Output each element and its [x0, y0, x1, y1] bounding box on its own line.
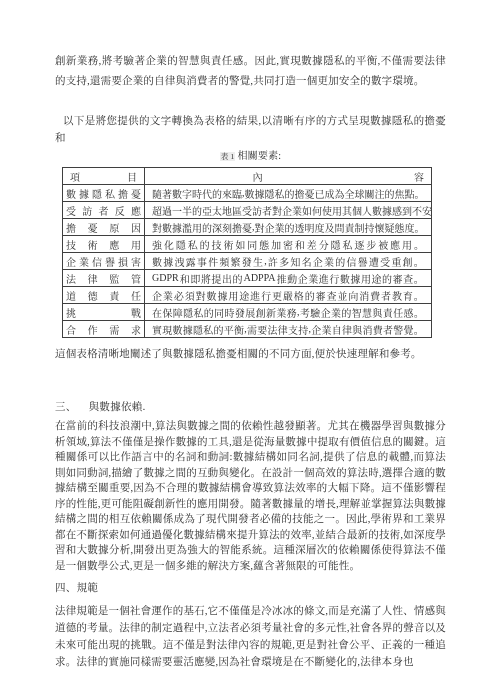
row-content-text: 隨著數字時代的來臨,數據隱私的擔憂已成為全球關注的焦點。: [152, 186, 424, 201]
row-content-text: 強化隱私的技術如同態加密和差分隱私逐步被應用。: [152, 237, 424, 252]
row-content-cell: 隨著數字時代的來臨,數據隱私的擔憂已成為全球關注的焦點。: [145, 185, 432, 202]
section3-number: 三、: [55, 399, 77, 416]
table-row: 企業信譽損害 數據洩露事件頻繁發生,許多知名企業的信譽遭受重創。: [63, 253, 432, 270]
row-item-cell: 道德責任: [63, 287, 145, 304]
row-item-cell: 技術應用: [63, 236, 145, 253]
row-content-text: 對數據濫用的深刻擔憂,對企業的透明度及問責制持懷疑態度。: [152, 220, 424, 235]
row-item-label: 道德責任: [66, 288, 141, 303]
row-item-cell: 法律監管: [63, 270, 145, 287]
table-row: 受訪者反應 超過一半的亞太地區受訪者對企業如何使用其個人數據感到不安。: [63, 202, 432, 219]
row-content-cell: 強化隱私的技術如同態加密和差分隱私逐步被應用。: [145, 236, 432, 253]
row-content-text: 超過一半的亞太地區受訪者對企業如何使用其個人數據感到不安。: [152, 203, 424, 218]
table-caption-text: 相關要素:: [237, 151, 281, 162]
row-content-cell: 超過一半的亞太地區受訪者對企業如何使用其個人數據感到不安。: [145, 202, 432, 219]
row-item-cell: 擔憂原因: [63, 219, 145, 236]
row-content-cell: 數據洩露事件頻繁發生,許多知名企業的信譽遭受重創。: [145, 253, 432, 270]
table-row: 數據隱私擔憂 隨著數字時代的來臨,數據隱私的擔憂已成為全球關注的焦點。: [63, 185, 432, 202]
table-ref-field: 表 1: [220, 152, 236, 161]
section4-number: 四、: [55, 583, 77, 594]
row-content-text: GDPR 和即將提出的 ADPPA 推動企業進行數據用途的審查。: [152, 271, 424, 286]
row-content-cell: GDPR 和即將提出的 ADPPA 推動企業進行數據用途的審查。: [145, 270, 432, 287]
header-cell-item: 項目: [63, 168, 145, 185]
row-item-cell: 受訪者反應: [63, 202, 145, 219]
header-cell-content: 內容: [145, 168, 432, 185]
table-body: 數據隱私擔憂 隨著數字時代的來臨,數據隱私的擔憂已成為全球關注的焦點。 受訪者反…: [63, 185, 432, 338]
paragraph-data-dependency: 在當前的科技浪潮中,算法與數據之間的依賴性越發顯著。尤其在機器學習與數據分析領域…: [55, 419, 446, 574]
header-content-label: 內容: [152, 169, 424, 184]
header-item-label: 項目: [70, 169, 137, 184]
row-content-text: 在保障隱私的同時發展創新業務,考驗企業的智慧與責任感。: [152, 305, 424, 320]
table-note: 這個表格清晰地闡述了與數據隱私擔憂相關的不同方面,便於快速理解和參考。: [55, 346, 446, 363]
row-content-cell: 實現數據隱私的平衡,需要法律支持,企業自律與消費者警覺。: [145, 321, 432, 338]
table-row: 道德責任 企業必須對數據用途進行更嚴格的審查並向消費者教育。: [63, 287, 432, 304]
row-content-cell: 在保障隱私的同時發展創新業務,考驗企業的智慧與責任感。: [145, 304, 432, 321]
paragraph-legal-norms: 法律規範是一個社會運作的基石,它不僅僅是冷冰冰的條文,而是充滿了人性、情感與道德…: [55, 603, 446, 671]
row-item-label: 法律監管: [66, 271, 141, 286]
section-heading-norms: 四、規範: [55, 580, 446, 597]
table-row: 法律監管 GDPR 和即將提出的 ADPPA 推動企業進行數據用途的審查。: [63, 270, 432, 287]
table-row: 挑戰 在保障隱私的同時發展創新業務,考驗企業的智慧與責任感。: [63, 304, 432, 321]
section4-title: 規範: [77, 583, 99, 594]
row-item-label: 合作需求: [66, 322, 141, 337]
paragraph-privacy-balance: 創新業務,將考驗著企業的智慧與責任感。因此,實現數據隱私的平衡,不僅需要法律的支…: [55, 52, 446, 92]
row-item-label: 挑戰: [66, 305, 141, 320]
row-content-text: 實現數據隱私的平衡,需要法律支持,企業自律與消費者警覺。: [152, 322, 424, 337]
row-item-label: 企業信譽損害: [66, 254, 141, 269]
row-content-text: 數據洩露事件頻繁發生,許多知名企業的信譽遭受重創。: [152, 254, 424, 269]
paragraph-table-intro: 以下是將您提供的文字轉換為表格的結果,以清晰有序的方式呈現數據隱私的擔憂和: [55, 113, 446, 147]
row-item-label: 技術應用: [66, 237, 141, 252]
privacy-elements-table: 項目 內容 數據隱私擔憂 隨著數字時代的來臨,數據隱私的擔憂已成為全球關注的焦點…: [62, 167, 432, 338]
table-row: 合作需求 實現數據隱私的平衡,需要法律支持,企業自律與消費者警覺。: [63, 321, 432, 338]
row-item-cell: 企業信譽損害: [63, 253, 145, 270]
section3-title: 與數據依賴.: [89, 402, 146, 413]
section-heading-data-dependency: 三、與數據依賴.: [55, 399, 446, 416]
row-item-label: 數據隱私擔憂: [66, 186, 141, 201]
table-row: 技術應用 強化隱私的技術如同態加密和差分隱私逐步被應用。: [63, 236, 432, 253]
row-item-cell: 數據隱私擔憂: [63, 185, 145, 202]
row-content-cell: 對數據濫用的深刻擔憂,對企業的透明度及問責制持懷疑態度。: [145, 219, 432, 236]
row-item-cell: 挑戰: [63, 304, 145, 321]
document-page: 創新業務,將考驗著企業的智慧與責任感。因此,實現數據隱私的平衡,不僅需要法律的支…: [0, 0, 495, 700]
table-row: 擔憂原因 對數據濫用的深刻擔憂,對企業的透明度及問責制持懷疑態度。: [63, 219, 432, 236]
table-header-row: 項目 內容: [63, 168, 432, 185]
row-content-cell: 企業必須對數據用途進行更嚴格的審查並向消費者教育。: [145, 287, 432, 304]
table-caption: 表 1相關要素:: [55, 148, 446, 165]
row-item-label: 受訪者反應: [66, 203, 141, 218]
row-content-text: 企業必須對數據用途進行更嚴格的審查並向消費者教育。: [152, 288, 424, 303]
row-item-label: 擔憂原因: [66, 220, 141, 235]
row-item-cell: 合作需求: [63, 321, 145, 338]
